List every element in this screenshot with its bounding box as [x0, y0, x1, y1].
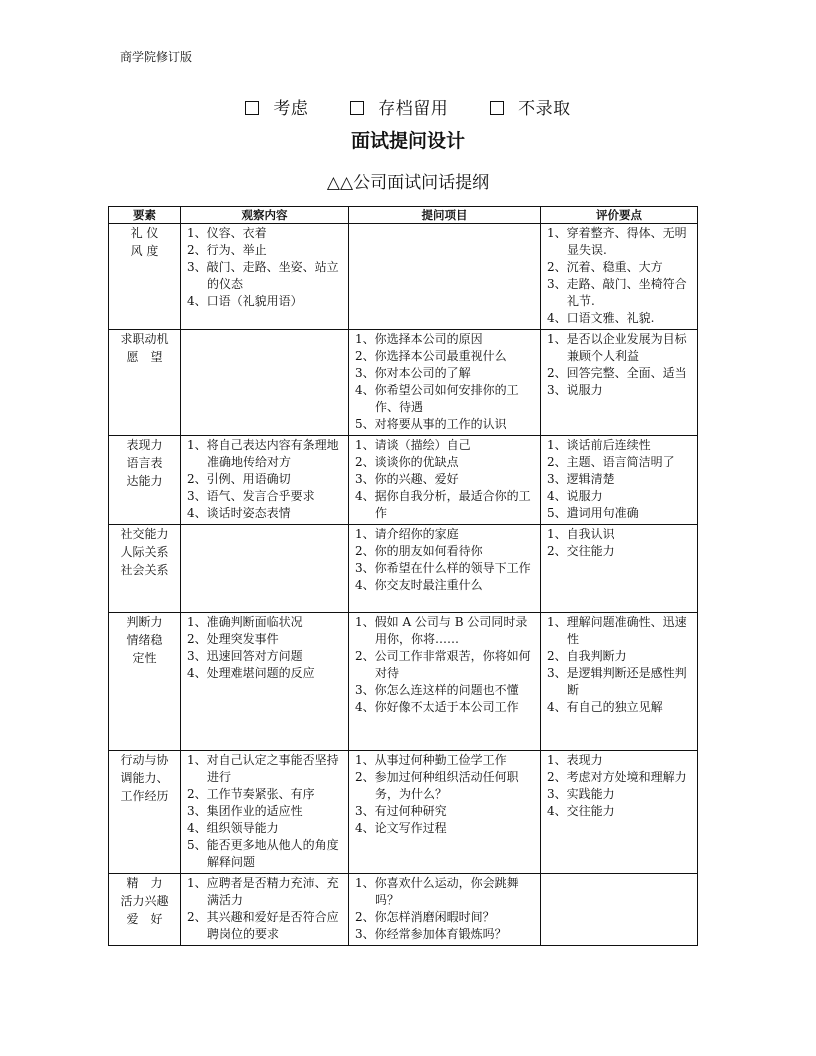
decision-options: 考虑 存档留用 不录取: [0, 94, 816, 119]
observe-list: 1、仪容、衣着2、行为、举止3、敲门、走路、坐姿、站立的仪态4、口语（礼貌用语）: [181, 224, 348, 312]
evaluate-list: 1、自我认识2、交往能力: [541, 525, 697, 562]
list-item: 3、有过何种研究: [355, 803, 536, 820]
list-item: 3、迅速回答对方问题: [187, 648, 344, 665]
table-header-row: 要素 观察内容 提问项目 评价要点: [109, 207, 698, 224]
list-item: 3、你的兴趣、爱好: [355, 471, 536, 488]
observe-cell: [181, 525, 349, 613]
list-item: 3、语气、发言合乎要求: [187, 488, 344, 505]
evaluate-list: 1、谈话前后连续性2、主题、语言简洁明了3、逻辑清楚4、说服力5、遣词用句准确: [541, 436, 697, 524]
factor-line: 风 度: [109, 242, 180, 260]
table-row: 表现力语言表达能力1、将自己表达内容有条理地准确地传给对方2、引例、用语确切3、…: [109, 436, 698, 525]
questions-cell: 1、从事过何种勤工俭学工作2、参加过何种组织活动任何职务，为什么？3、有过何种研…: [349, 751, 541, 874]
list-item: 4、口语（礼貌用语）: [187, 293, 344, 310]
evaluate-cell: 1、是否以企业发展为目标兼顾个人利益2、回答完整、全面、适当3、说服力: [541, 330, 698, 436]
list-item: 4、谈话时姿态表情: [187, 505, 344, 522]
list-item: 4、你好像不太适于本公司工作: [355, 699, 536, 716]
list-item: 2、参加过何种组织活动任何职务，为什么？: [355, 769, 536, 803]
observe-list: [181, 330, 348, 333]
table-body: 礼 仪风 度1、仪容、衣着2、行为、举止3、敲门、走路、坐姿、站立的仪态4、口语…: [109, 224, 698, 946]
questions-list: 1、请谈（描绘）自己2、谈谈你的优缺点3、你的兴趣、爱好4、据你自我分析，最适合…: [349, 436, 540, 524]
evaluate-list: [541, 874, 697, 877]
header-factor: 要素: [109, 207, 181, 224]
table-row: 判断力情绪稳定性1、准确判断面临状况2、处理突发事件3、迅速回答对方问题4、处理…: [109, 613, 698, 751]
factor-line: 活力兴趣: [109, 892, 180, 910]
questions-cell: 1、你选择本公司的原因2、你选择本公司最重视什么3、你对本公司的了解4、你希望公…: [349, 330, 541, 436]
list-item: 1、谈话前后连续性: [547, 437, 693, 454]
questions-list: 1、假如 A 公司与 B 公司同时录用你，你将……2、公司工作非常艰苦，你将如何…: [349, 613, 540, 718]
observe-list: 1、应聘者是否精力充沛、充满活力2、其兴趣和爱好是否符合应聘岗位的要求: [181, 874, 348, 945]
observe-list: 1、准确判断面临状况2、处理突发事件3、迅速回答对方问题4、处理难堪问题的反应: [181, 613, 348, 684]
observe-cell: 1、将自己表达内容有条理地准确地传给对方2、引例、用语确切3、语气、发言合乎要求…: [181, 436, 349, 525]
list-item: 3、走路、敲门、坐椅符合礼节.: [547, 276, 693, 310]
factor-line: 社会关系: [109, 561, 180, 579]
observe-list: 1、对自己认定之事能否坚持进行2、工作节奏紧张、有序3、集团作业的适应性4、组织…: [181, 751, 348, 873]
option-reject[interactable]: 不录取: [490, 94, 571, 119]
list-item: 1、是否以企业发展为目标兼顾个人利益: [547, 331, 693, 365]
list-item: 3、你对本公司的了解: [355, 365, 536, 382]
table-row: 求职动机愿 望1、你选择本公司的原因2、你选择本公司最重视什么3、你对本公司的了…: [109, 330, 698, 436]
questions-cell: 1、请谈（描绘）自己2、谈谈你的优缺点3、你的兴趣、爱好4、据你自我分析，最适合…: [349, 436, 541, 525]
factor-line: 语言表: [109, 454, 180, 472]
factor-line: 社交能力: [109, 525, 180, 543]
list-item: 2、你选择本公司最重视什么: [355, 348, 536, 365]
factor-line: 表现力: [109, 436, 180, 454]
list-item: 2、工作节奏紧张、有序: [187, 786, 344, 803]
factor-line: 定性: [109, 649, 180, 667]
list-item: 2、主题、语言简洁明了: [547, 454, 693, 471]
option-label: 存档留用: [378, 99, 448, 119]
factor-cell: 礼 仪风 度: [109, 224, 181, 330]
list-item: 1、表现力: [547, 752, 693, 769]
list-item: 4、论文写作过程: [355, 820, 536, 837]
header-observe: 观察内容: [181, 207, 349, 224]
list-item: 2、其兴趣和爱好是否符合应聘岗位的要求: [187, 909, 344, 943]
page-subtitle: △△公司面试问话提纲: [0, 168, 816, 193]
questions-list: 1、你喜欢什么运动，你会跳舞吗？2、你怎样消磨闲暇时间？3、你经常参加体育锻炼吗…: [349, 874, 540, 945]
factor-line: 调能力、: [109, 769, 180, 787]
list-item: 3、敲门、走路、坐姿、站立的仪态: [187, 259, 344, 293]
list-item: 1、自我认识: [547, 526, 693, 543]
factor-cell: 判断力情绪稳定性: [109, 613, 181, 751]
factor-line: 达能力: [109, 472, 180, 490]
questions-cell: [349, 224, 541, 330]
list-item: 3、你希望在什么样的领导下工作: [355, 560, 536, 577]
factor-line: 人际关系: [109, 543, 180, 561]
factor-line: 求职动机: [109, 330, 180, 348]
list-item: 5、能否更多地从他人的角度解释问题: [187, 837, 344, 871]
list-item: 2、你的朋友如何看待你: [355, 543, 536, 560]
questions-list: 1、你选择本公司的原因2、你选择本公司最重视什么3、你对本公司的了解4、你希望公…: [349, 330, 540, 435]
list-item: 3、说服力: [547, 382, 693, 399]
list-item: 4、你交友时最注重什么: [355, 577, 536, 594]
list-item: 3、实践能力: [547, 786, 693, 803]
list-item: 1、准确判断面临状况: [187, 614, 344, 631]
observe-list: 1、将自己表达内容有条理地准确地传给对方2、引例、用语确切3、语气、发言合乎要求…: [181, 436, 348, 524]
option-archive[interactable]: 存档留用: [350, 94, 448, 119]
list-item: 1、你喜欢什么运动，你会跳舞吗？: [355, 875, 536, 909]
page-title: 面试提问设计: [0, 126, 816, 153]
list-item: 4、组织领导能力: [187, 820, 344, 837]
header-note: 商学院修订版: [120, 48, 192, 65]
list-item: 1、从事过何种勤工俭学工作: [355, 752, 536, 769]
list-item: 1、请谈（描绘）自己: [355, 437, 536, 454]
questions-list: 1、从事过何种勤工俭学工作2、参加过何种组织活动任何职务，为什么？3、有过何种研…: [349, 751, 540, 839]
factor-line: 情绪稳: [109, 631, 180, 649]
factor-line: 工作经历: [109, 787, 180, 805]
factor-cell: 精 力活力兴趣爱 好: [109, 874, 181, 946]
evaluate-list: 1、表现力2、考虑对方处境和理解力3、实践能力4、交往能力: [541, 751, 697, 822]
table-row: 行动与协调能力、工作经历1、对自己认定之事能否坚持进行2、工作节奏紧张、有序3、…: [109, 751, 698, 874]
list-item: 1、请介绍你的家庭: [355, 526, 536, 543]
option-label: 考虑: [273, 99, 308, 119]
list-item: 1、将自己表达内容有条理地准确地传给对方: [187, 437, 344, 471]
factor-cell: 表现力语言表达能力: [109, 436, 181, 525]
evaluate-list: 1、是否以企业发展为目标兼顾个人利益2、回答完整、全面、适当3、说服力: [541, 330, 697, 401]
list-item: 4、交往能力: [547, 803, 693, 820]
factor-cell: 行动与协调能力、工作经历: [109, 751, 181, 874]
factor-line: 爱 好: [109, 910, 180, 928]
list-item: 2、处理突发事件: [187, 631, 344, 648]
interview-outline-table: 要素 观察内容 提问项目 评价要点 礼 仪风 度1、仪容、衣着2、行为、举止3、…: [108, 206, 698, 946]
factor-line: 愿 望: [109, 348, 180, 366]
questions-list: 1、请介绍你的家庭2、你的朋友如何看待你3、你希望在什么样的领导下工作4、你交友…: [349, 525, 540, 596]
factor-cell: 求职动机愿 望: [109, 330, 181, 436]
observe-list: [181, 525, 348, 528]
list-item: 4、说服力: [547, 488, 693, 505]
factor-line: 礼 仪: [109, 224, 180, 242]
list-item: 4、有自己的独立见解: [547, 699, 693, 716]
observe-cell: 1、准确判断面临状况2、处理突发事件3、迅速回答对方问题4、处理难堪问题的反应: [181, 613, 349, 751]
list-item: 4、口语文雅、礼貌.: [547, 310, 693, 327]
list-item: 1、穿着整齐、得体、无明显失误.: [547, 225, 693, 259]
list-item: 1、仪容、衣着: [187, 225, 344, 242]
list-item: 3、你经常参加体育锻炼吗？: [355, 926, 536, 943]
list-item: 2、交往能力: [547, 543, 693, 560]
checkbox-icon[interactable]: [350, 101, 364, 115]
list-item: 2、公司工作非常艰苦，你将如何对待: [355, 648, 536, 682]
list-item: 1、假如 A 公司与 B 公司同时录用你，你将……: [355, 614, 536, 648]
list-item: 1、你选择本公司的原因: [355, 331, 536, 348]
list-item: 4、处理难堪问题的反应: [187, 665, 344, 682]
list-item: 5、遣词用句准确: [547, 505, 693, 522]
checkbox-icon[interactable]: [490, 101, 504, 115]
list-item: 1、对自己认定之事能否坚持进行: [187, 752, 344, 786]
list-item: 2、考虑对方处境和理解力: [547, 769, 693, 786]
list-item: 4、据你自我分析，最适合你的工作: [355, 488, 536, 522]
option-consider[interactable]: 考虑: [245, 94, 308, 119]
list-item: 2、回答完整、全面、适当: [547, 365, 693, 382]
evaluate-cell: 1、理解问题准确性、迅速性2、自我判断力3、是逻辑判断还是感性判断4、有自己的独…: [541, 613, 698, 751]
evaluate-cell: [541, 874, 698, 946]
header-questions: 提问项目: [349, 207, 541, 224]
evaluate-cell: 1、穿着整齐、得体、无明显失误.2、沉着、稳重、大方3、走路、敲门、坐椅符合礼节…: [541, 224, 698, 330]
factor-line: 行动与协: [109, 751, 180, 769]
questions-cell: 1、请介绍你的家庭2、你的朋友如何看待你3、你希望在什么样的领导下工作4、你交友…: [349, 525, 541, 613]
table-row: 社交能力人际关系社会关系1、请介绍你的家庭2、你的朋友如何看待你3、你希望在什么…: [109, 525, 698, 613]
list-item: 4、你希望公司如何安排你的工作、待遇: [355, 382, 536, 416]
evaluate-list: 1、理解问题准确性、迅速性2、自我判断力3、是逻辑判断还是感性判断4、有自己的独…: [541, 613, 697, 718]
list-item: 1、理解问题准确性、迅速性: [547, 614, 693, 648]
list-item: 2、引例、用语确切: [187, 471, 344, 488]
observe-cell: 1、应聘者是否精力充沛、充满活力2、其兴趣和爱好是否符合应聘岗位的要求: [181, 874, 349, 946]
list-item: 3、你怎么连这样的问题也不懂: [355, 682, 536, 699]
observe-cell: 1、对自己认定之事能否坚持进行2、工作节奏紧张、有序3、集团作业的适应性4、组织…: [181, 751, 349, 874]
table-row: 礼 仪风 度1、仪容、衣着2、行为、举止3、敲门、走路、坐姿、站立的仪态4、口语…: [109, 224, 698, 330]
checkbox-icon[interactable]: [245, 101, 259, 115]
list-item: 5、对将要从事的工作的认识: [355, 416, 536, 433]
list-item: 2、你怎样消磨闲暇时间？: [355, 909, 536, 926]
observe-cell: [181, 330, 349, 436]
option-label: 不录取: [518, 99, 571, 119]
evaluate-list: 1、穿着整齐、得体、无明显失误.2、沉着、稳重、大方3、走路、敲门、坐椅符合礼节…: [541, 224, 697, 329]
factor-line: 判断力: [109, 613, 180, 631]
questions-list: [349, 224, 540, 227]
list-item: 3、是逻辑判断还是感性判断: [547, 665, 693, 699]
evaluate-cell: 1、自我认识2、交往能力: [541, 525, 698, 613]
questions-cell: 1、你喜欢什么运动，你会跳舞吗？2、你怎样消磨闲暇时间？3、你经常参加体育锻炼吗…: [349, 874, 541, 946]
list-item: 2、谈谈你的优缺点: [355, 454, 536, 471]
list-item: 3、集团作业的适应性: [187, 803, 344, 820]
observe-cell: 1、仪容、衣着2、行为、举止3、敲门、走路、坐姿、站立的仪态4、口语（礼貌用语）: [181, 224, 349, 330]
list-item: 2、自我判断力: [547, 648, 693, 665]
questions-cell: 1、假如 A 公司与 B 公司同时录用你，你将……2、公司工作非常艰苦，你将如何…: [349, 613, 541, 751]
list-item: 2、行为、举止: [187, 242, 344, 259]
evaluate-cell: 1、表现力2、考虑对方处境和理解力3、实践能力4、交往能力: [541, 751, 698, 874]
list-item: 2、沉着、稳重、大方: [547, 259, 693, 276]
list-item: 3、逻辑清楚: [547, 471, 693, 488]
table-row: 精 力活力兴趣爱 好1、应聘者是否精力充沛、充满活力2、其兴趣和爱好是否符合应聘…: [109, 874, 698, 946]
factor-line: 精 力: [109, 874, 180, 892]
list-item: 1、应聘者是否精力充沛、充满活力: [187, 875, 344, 909]
evaluate-cell: 1、谈话前后连续性2、主题、语言简洁明了3、逻辑清楚4、说服力5、遣词用句准确: [541, 436, 698, 525]
header-evaluate: 评价要点: [541, 207, 698, 224]
factor-cell: 社交能力人际关系社会关系: [109, 525, 181, 613]
